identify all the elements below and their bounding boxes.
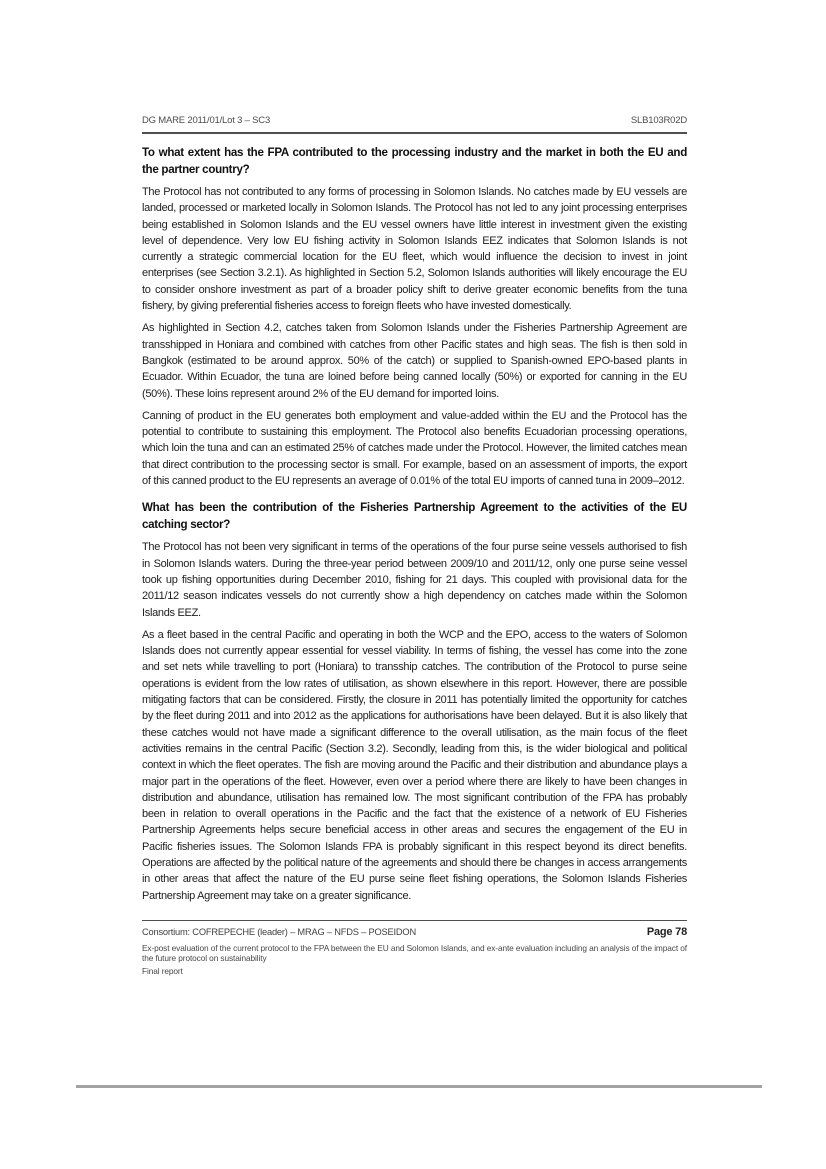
header-doc-id: SLB103R02D bbox=[631, 116, 687, 126]
header-rule bbox=[142, 132, 687, 134]
page-bottom-divider bbox=[76, 1085, 762, 1088]
section-heading-processing-industry: To what extent has the FPA contributed t… bbox=[142, 145, 687, 178]
paragraph: The Protocol has not contributed to any … bbox=[142, 184, 687, 314]
paragraph: Canning of product in the EU generates b… bbox=[142, 408, 687, 489]
paragraph: As a fleet based in the central Pacific … bbox=[142, 627, 687, 904]
paragraph: The Protocol has not been very significa… bbox=[142, 539, 687, 620]
footer-rule bbox=[142, 920, 687, 921]
header-doc-reference: DG MARE 2011/01/Lot 3 – SC3 bbox=[142, 116, 270, 126]
document-page: DG MARE 2011/01/Lot 3 – SC3 SLB103R02D T… bbox=[0, 0, 826, 1169]
footer-consortium: Consortium: COFREPECHE (leader) – MRAG –… bbox=[142, 927, 416, 938]
page-header: DG MARE 2011/01/Lot 3 – SC3 SLB103R02D bbox=[142, 116, 687, 126]
page-content: DG MARE 2011/01/Lot 3 – SC3 SLB103R02D T… bbox=[142, 116, 687, 976]
footer-final-report: Final report bbox=[142, 966, 687, 977]
section-heading-catching-sector: What has been the contribution of the Fi… bbox=[142, 500, 687, 533]
page-footer: Consortium: COFREPECHE (leader) – MRAG –… bbox=[142, 926, 687, 938]
paragraph: As highlighted in Section 4.2, catches t… bbox=[142, 320, 687, 401]
footer-page-number: Page 78 bbox=[647, 926, 687, 938]
footer-note: Ex-post evaluation of the current protoc… bbox=[142, 943, 687, 964]
